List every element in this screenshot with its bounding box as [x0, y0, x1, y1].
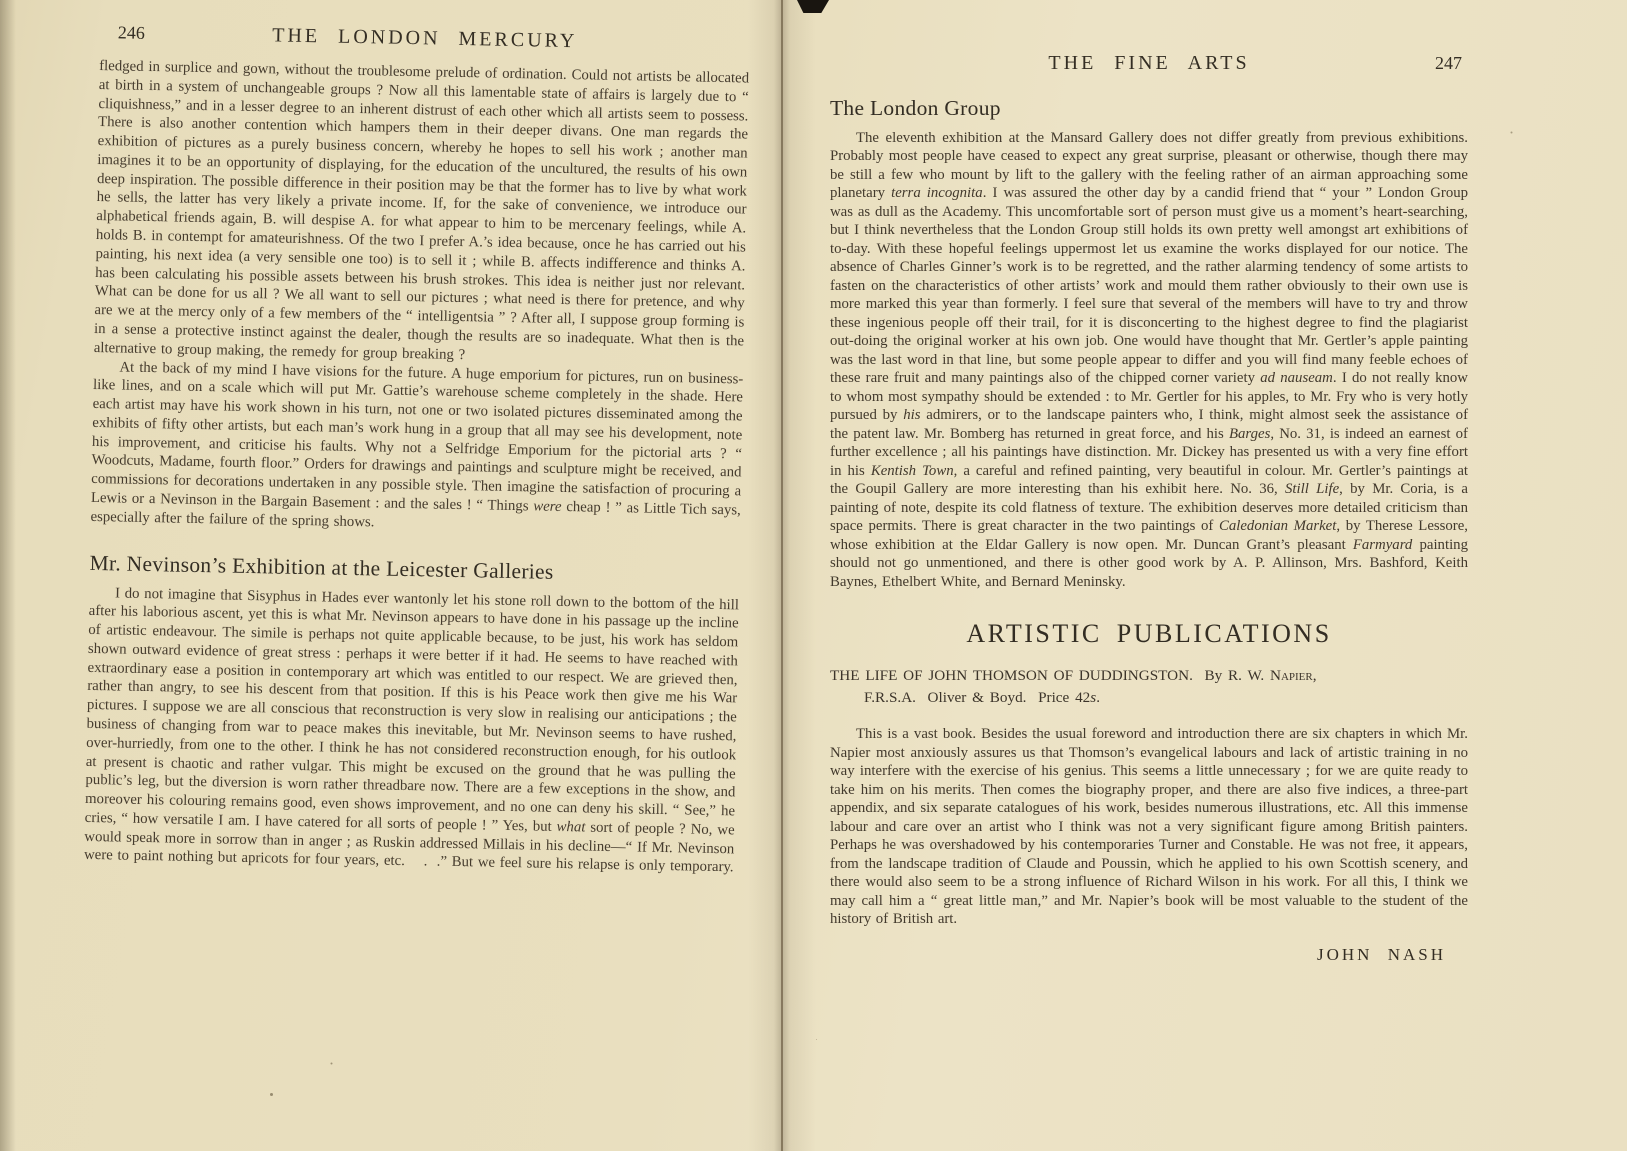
- left-paragraph-1: fledged in surplice and gown, without th…: [94, 57, 750, 370]
- book-citation: THE LIFE OF JOHN THOMSON OF DUDDINGSTON.…: [830, 665, 1468, 709]
- page-right: THE FINE ARTS 247 The London Group The e…: [830, 52, 1468, 965]
- right-running-head: THE FINE ARTS 247: [830, 52, 1468, 88]
- book-spine-line: [781, 0, 783, 1151]
- author-signature: JOHN NASH: [830, 945, 1468, 965]
- paper-speck: [270, 1093, 273, 1096]
- right-paragraph-1: The eleventh exhibition at the Mansard G…: [830, 129, 1468, 591]
- left-page-number: 246: [118, 22, 145, 44]
- left-paragraph-2: At the back of my mind I have visions fo…: [90, 357, 743, 538]
- left-running-title: THE LONDON MERCURY: [100, 21, 750, 56]
- left-section-heading: Mr. Nevinson’s Exhibition at the Leicest…: [89, 550, 739, 587]
- right-page-number: 247: [1435, 53, 1462, 74]
- right-running-title: THE FINE ARTS: [830, 52, 1468, 75]
- page-left: 246 THE LONDON MERCURY fledged in surpli…: [84, 21, 750, 878]
- page-edge-shadow: [0, 0, 16, 1151]
- london-group-heading: The London Group: [830, 96, 1468, 121]
- right-paragraph-2: This is a vast book. Besides the usual f…: [830, 725, 1468, 928]
- artistic-publications-heading: ARTISTIC PUBLICATIONS: [830, 619, 1468, 649]
- left-paragraph-3: I do not imagine that Sisyphus in Hades …: [84, 583, 739, 877]
- book-scan: { "page_left": { "page_number": "246", "…: [0, 0, 1627, 1151]
